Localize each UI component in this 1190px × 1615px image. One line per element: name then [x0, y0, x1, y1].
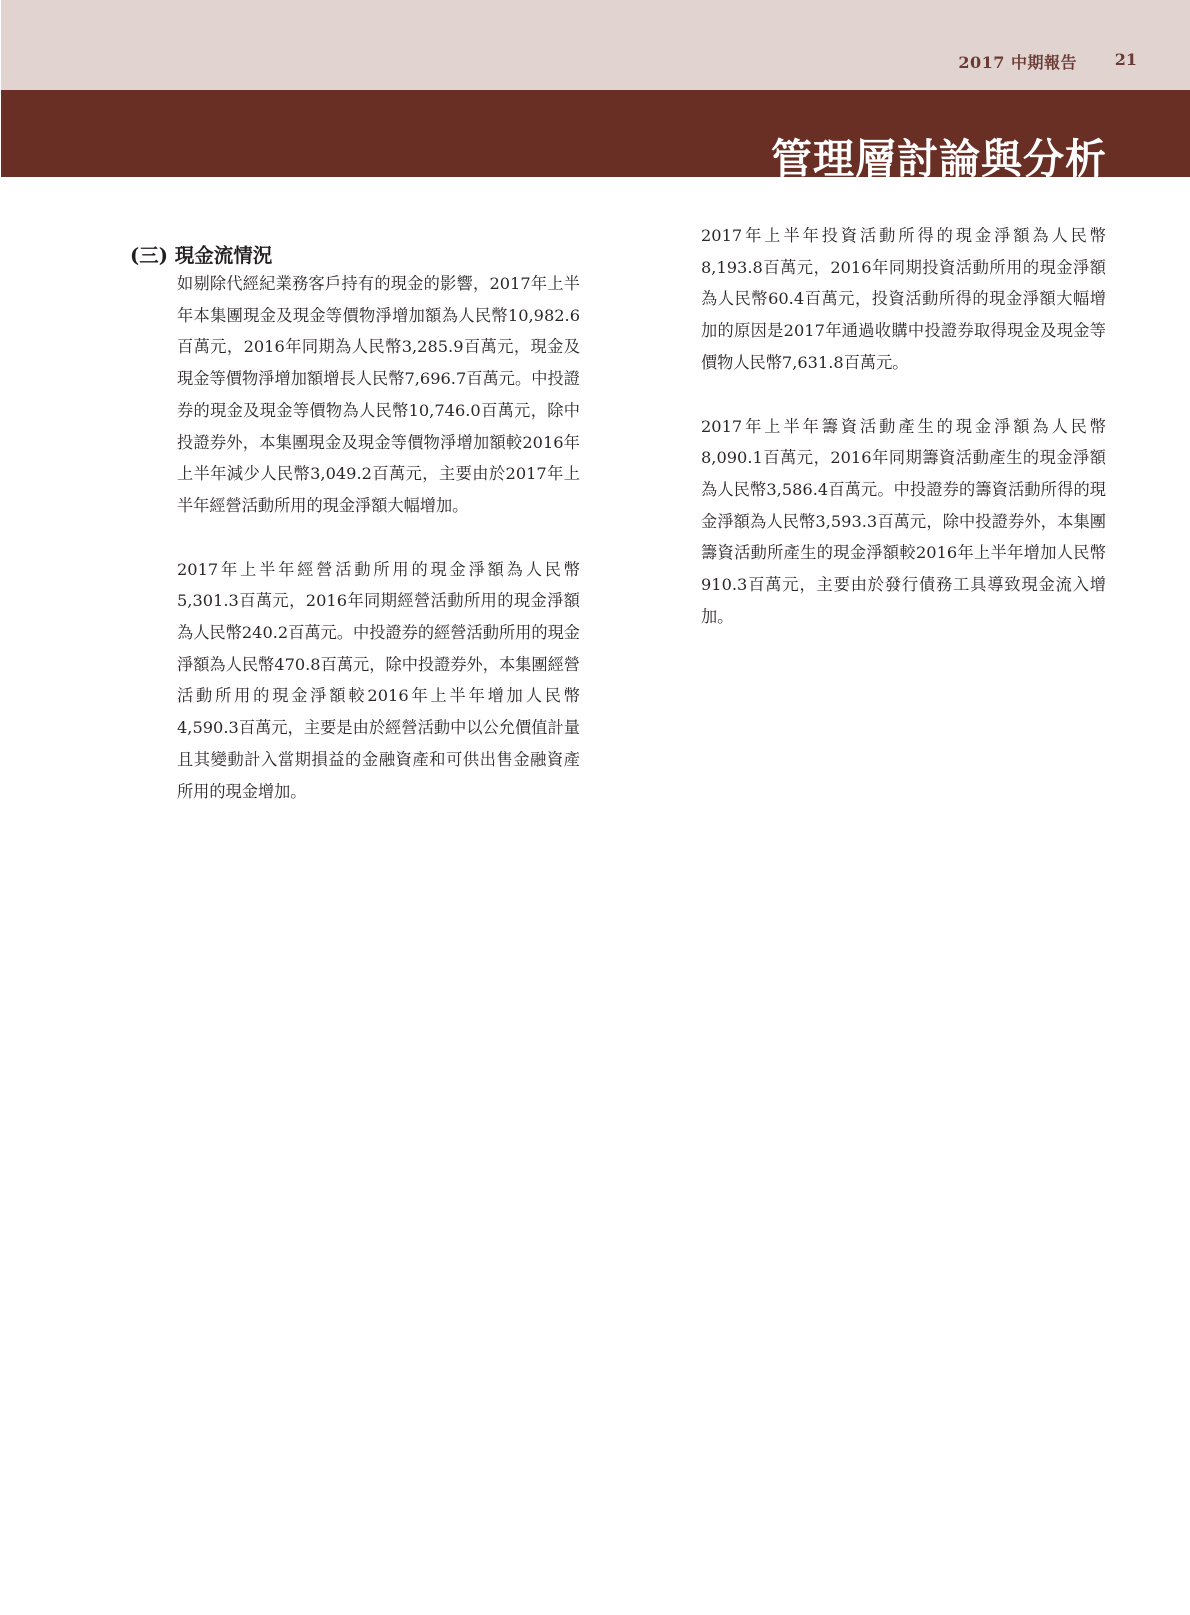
- page-number: 21: [1115, 50, 1137, 69]
- left-column: 如剔除代經紀業務客戶持有的現金的影響，2017年上半年本集團現金及現金等價物淨增…: [177, 268, 580, 839]
- paragraph-cash-equivalents: 如剔除代經紀業務客戶持有的現金的影響，2017年上半年本集團現金及現金等價物淨增…: [177, 268, 580, 522]
- header-top-band: [1, 0, 1190, 90]
- paragraph-operating-activities: 2017年上半年經營活動所用的現金淨額為人民幣5,301.3百萬元，2016年同…: [177, 554, 580, 808]
- paragraph-financing-activities: 2017年上半年籌資活動產生的現金淨額為人民幣8,090.1百萬元，2016年同…: [701, 411, 1106, 633]
- page-title: 管理層討論與分析: [771, 135, 1107, 184]
- report-label: 2017 中期報告: [958, 50, 1077, 73]
- section-heading: (三) 現金流情況: [130, 240, 272, 268]
- right-column: 2017年上半年投資活動所得的現金淨額為人民幣8,193.8百萬元，2016年同…: [701, 220, 1106, 664]
- paragraph-investing-activities: 2017年上半年投資活動所得的現金淨額為人民幣8,193.8百萬元，2016年同…: [701, 220, 1106, 379]
